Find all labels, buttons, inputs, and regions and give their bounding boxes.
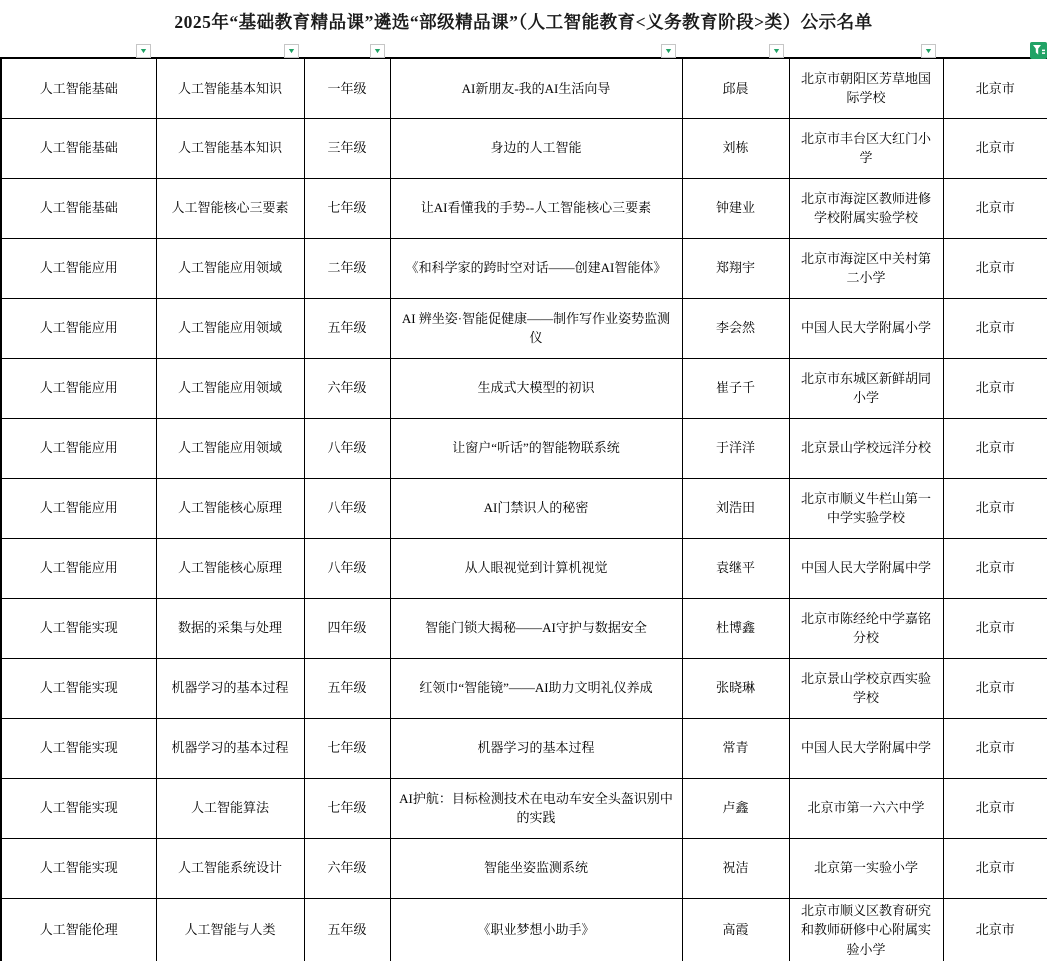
cell-topic[interactable]: 人工智能与人类 — [156, 898, 304, 961]
cell-teacher-name[interactable]: 崔子千 — [682, 358, 789, 418]
filter-dropdown-school[interactable]: ▼ — [921, 44, 936, 58]
cell-category[interactable]: 人工智能实现 — [1, 718, 156, 778]
filter-funnel-icon — [1033, 45, 1045, 56]
cell-city[interactable]: 北京市 — [943, 58, 1047, 118]
cell-grade[interactable]: 五年级 — [304, 298, 390, 358]
cell-city[interactable]: 北京市 — [943, 538, 1047, 598]
cell-course-title[interactable]: 生成式大模型的初识 — [390, 358, 682, 418]
cell-topic[interactable]: 人工智能应用领域 — [156, 238, 304, 298]
table-row: 人工智能应用 人工智能应用领域 五年级 AI 辨坐姿·智能促健康——制作写作业姿… — [1, 298, 1047, 358]
cell-category[interactable]: 人工智能伦理 — [1, 898, 156, 961]
cell-city[interactable]: 北京市 — [943, 118, 1047, 178]
cell-city[interactable]: 北京市 — [943, 238, 1047, 298]
table-row: 人工智能实现 人工智能算法 七年级 AI护航：目标检测技术在电动车安全头盔识别中… — [1, 778, 1047, 838]
chevron-down-icon: ▼ — [664, 48, 673, 55]
cell-school-name[interactable]: 北京市海淀区中关村第二小学 — [789, 238, 943, 298]
cell-city[interactable]: 北京市 — [943, 178, 1047, 238]
filter-dropdown-topic[interactable]: ▼ — [284, 44, 299, 58]
cell-grade[interactable]: 二年级 — [304, 238, 390, 298]
cell-course-title[interactable]: 《职业梦想小助手》 — [390, 898, 682, 961]
table-row: 人工智能实现 机器学习的基本过程 五年级 红领巾“智能镜”——AI助力文明礼仪养… — [1, 658, 1047, 718]
cell-category[interactable]: 人工智能应用 — [1, 418, 156, 478]
cell-category[interactable]: 人工智能实现 — [1, 598, 156, 658]
cell-teacher-name[interactable]: 高霞 — [682, 898, 789, 961]
table-row: 人工智能基础 人工智能核心三要素 七年级 让AI看懂我的手势--人工智能核心三要… — [1, 178, 1047, 238]
cell-topic[interactable]: 人工智能系统设计 — [156, 838, 304, 898]
cell-city[interactable]: 北京市 — [943, 838, 1047, 898]
cell-grade[interactable]: 五年级 — [304, 658, 390, 718]
cell-grade[interactable]: 六年级 — [304, 358, 390, 418]
cell-teacher-name[interactable]: 郑翔宇 — [682, 238, 789, 298]
cell-school-name[interactable]: 北京市第一六六中学 — [789, 778, 943, 838]
cell-topic[interactable]: 人工智能基本知识 — [156, 58, 304, 118]
filter-dropdown-course[interactable]: ▼ — [661, 44, 676, 58]
table-row: 人工智能实现 数据的采集与处理 四年级 智能门锁大揭秘——AI守护与数据安全 杜… — [1, 598, 1047, 658]
spreadsheet: 2025年“基础教育精品课”遴选“部级精品课”（人工智能教育<义务教育阶段>类）… — [0, 0, 1047, 961]
table-row: 人工智能基础 人工智能基本知识 一年级 AI新朋友-我的AI生活向导 邱晨 北京… — [1, 58, 1047, 118]
cell-city[interactable]: 北京市 — [943, 898, 1047, 961]
cell-grade[interactable]: 三年级 — [304, 118, 390, 178]
cell-course-title[interactable]: AI 辨坐姿·智能促健康——制作写作业姿势监测仪 — [390, 298, 682, 358]
cell-grade[interactable]: 八年级 — [304, 538, 390, 598]
cell-course-title[interactable]: 让AI看懂我的手势--人工智能核心三要素 — [390, 178, 682, 238]
cell-grade[interactable]: 一年级 — [304, 58, 390, 118]
table-row: 人工智能应用 人工智能应用领域 六年级 生成式大模型的初识 崔子千 北京市东城区… — [1, 358, 1047, 418]
cell-grade[interactable]: 六年级 — [304, 838, 390, 898]
cell-course-title[interactable]: 机器学习的基本过程 — [390, 718, 682, 778]
filter-dropdown-category[interactable]: ▼ — [136, 44, 151, 58]
cell-category[interactable]: 人工智能实现 — [1, 838, 156, 898]
cell-city[interactable]: 北京市 — [943, 718, 1047, 778]
cell-school-name[interactable]: 北京市东城区新鲜胡同小学 — [789, 358, 943, 418]
cell-topic[interactable]: 人工智能应用领域 — [156, 418, 304, 478]
cell-teacher-name[interactable]: 于洋洋 — [682, 418, 789, 478]
cell-city[interactable]: 北京市 — [943, 778, 1047, 838]
cell-topic[interactable]: 人工智能基本知识 — [156, 118, 304, 178]
cell-school-name[interactable]: 北京市丰台区大红门小学 — [789, 118, 943, 178]
cell-teacher-name[interactable]: 李会然 — [682, 298, 789, 358]
cell-teacher-name[interactable]: 邱晨 — [682, 58, 789, 118]
cell-category[interactable]: 人工智能应用 — [1, 478, 156, 538]
cell-category[interactable]: 人工智能实现 — [1, 658, 156, 718]
cell-category[interactable]: 人工智能实现 — [1, 778, 156, 838]
cell-city[interactable]: 北京市 — [943, 658, 1047, 718]
table-row: 人工智能伦理 人工智能与人类 五年级 《职业梦想小助手》 高霞 北京市顺义区教育… — [1, 898, 1047, 961]
filter-dropdown-grade[interactable]: ▼ — [370, 44, 385, 58]
cell-topic[interactable]: 人工智能核心原理 — [156, 478, 304, 538]
cell-course-title[interactable]: AI新朋友-我的AI生活向导 — [390, 58, 682, 118]
cell-category[interactable]: 人工智能基础 — [1, 178, 156, 238]
table-row: 人工智能应用 人工智能核心原理 八年级 AI门禁识人的秘密 刘浩田 北京市顺义牛… — [1, 478, 1047, 538]
cell-teacher-name[interactable]: 袁继平 — [682, 538, 789, 598]
cell-teacher-name[interactable]: 刘栋 — [682, 118, 789, 178]
cell-grade[interactable]: 七年级 — [304, 178, 390, 238]
cell-school-name[interactable]: 北京第一实验小学 — [789, 838, 943, 898]
table-row: 人工智能实现 人工智能系统设计 六年级 智能坐姿监测系统 祝洁 北京第一实验小学… — [1, 838, 1047, 898]
cell-course-title[interactable]: 从人眼视觉到计算机视觉 — [390, 538, 682, 598]
courses-table: 人工智能基础 人工智能基本知识 一年级 AI新朋友-我的AI生活向导 邱晨 北京… — [0, 57, 1047, 961]
cell-course-title[interactable]: 智能门锁大揭秘——AI守护与数据安全 — [390, 598, 682, 658]
cell-city[interactable]: 北京市 — [943, 478, 1047, 538]
cell-teacher-name[interactable]: 祝洁 — [682, 838, 789, 898]
cell-course-title[interactable]: 身边的人工智能 — [390, 118, 682, 178]
cell-category[interactable]: 人工智能基础 — [1, 118, 156, 178]
table-row: 人工智能基础 人工智能基本知识 三年级 身边的人工智能 刘栋 北京市丰台区大红门… — [1, 118, 1047, 178]
filter-dropdown-teacher[interactable]: ▼ — [769, 44, 784, 58]
cell-category[interactable]: 人工智能应用 — [1, 358, 156, 418]
table-row: 人工智能应用 人工智能应用领域 二年级 《和科学家的跨时空对话——创建AI智能体… — [1, 238, 1047, 298]
cell-course-title[interactable]: 红领巾“智能镜”——AI助力文明礼仪养成 — [390, 658, 682, 718]
cell-topic[interactable]: 机器学习的基本过程 — [156, 658, 304, 718]
cell-school-name[interactable]: 中国人民大学附属中学 — [789, 538, 943, 598]
cell-topic[interactable]: 人工智能核心三要素 — [156, 178, 304, 238]
cell-city[interactable]: 北京市 — [943, 418, 1047, 478]
sheet-title: 2025年“基础教育精品课”遴选“部级精品课”（人工智能教育<义务教育阶段>类）… — [174, 9, 872, 34]
chevron-down-icon: ▼ — [287, 48, 296, 55]
cell-course-title[interactable]: AI门禁识人的秘密 — [390, 478, 682, 538]
cell-city[interactable]: 北京市 — [943, 598, 1047, 658]
cell-school-name[interactable]: 北京市顺义区教育研究和教师研修中心附属实验小学 — [789, 898, 943, 961]
cell-category[interactable]: 人工智能应用 — [1, 298, 156, 358]
cell-topic[interactable]: 数据的采集与处理 — [156, 598, 304, 658]
cell-grade[interactable]: 八年级 — [304, 418, 390, 478]
cell-course-title[interactable]: AI护航：目标检测技术在电动车安全头盔识别中的实践 — [390, 778, 682, 838]
cell-teacher-name[interactable]: 钟建业 — [682, 178, 789, 238]
cell-school-name[interactable]: 北京市朝阳区芳草地国际学校 — [789, 58, 943, 118]
table-row: 人工智能应用 人工智能应用领域 八年级 让窗户“听话”的智能物联系统 于洋洋 北… — [1, 418, 1047, 478]
cell-teacher-name[interactable]: 杜博鑫 — [682, 598, 789, 658]
cell-teacher-name[interactable]: 卢鑫 — [682, 778, 789, 838]
chevron-down-icon: ▼ — [373, 48, 382, 55]
cell-school-name[interactable]: 中国人民大学附属小学 — [789, 298, 943, 358]
cell-category[interactable]: 人工智能应用 — [1, 538, 156, 598]
filter-active-button[interactable] — [1030, 42, 1047, 59]
cell-topic[interactable]: 机器学习的基本过程 — [156, 718, 304, 778]
title-row: 2025年“基础教育精品课”遴选“部级精品课”（人工智能教育<义务教育阶段>类）… — [0, 0, 1047, 57]
cell-teacher-name[interactable]: 张晓琳 — [682, 658, 789, 718]
chevron-down-icon: ▼ — [772, 48, 781, 55]
cell-school-name[interactable]: 中国人民大学附属中学 — [789, 718, 943, 778]
cell-grade[interactable]: 七年级 — [304, 718, 390, 778]
cell-city[interactable]: 北京市 — [943, 298, 1047, 358]
cell-topic[interactable]: 人工智能算法 — [156, 778, 304, 838]
cell-course-title[interactable]: 智能坐姿监测系统 — [390, 838, 682, 898]
chevron-down-icon: ▼ — [139, 48, 148, 55]
cell-teacher-name[interactable]: 常青 — [682, 718, 789, 778]
cell-course-title[interactable]: 《和科学家的跨时空对话——创建AI智能体》 — [390, 238, 682, 298]
cell-school-name[interactable]: 北京景山学校京西实验学校 — [789, 658, 943, 718]
cell-grade[interactable]: 七年级 — [304, 778, 390, 838]
cell-school-name[interactable]: 北京市顺义牛栏山第一中学实验学校 — [789, 478, 943, 538]
cell-topic[interactable]: 人工智能核心原理 — [156, 538, 304, 598]
cell-course-title[interactable]: 让窗户“听话”的智能物联系统 — [390, 418, 682, 478]
cell-school-name[interactable]: 北京市海淀区教师进修学校附属实验学校 — [789, 178, 943, 238]
table-row: 人工智能实现 机器学习的基本过程 七年级 机器学习的基本过程 常青 中国人民大学… — [1, 718, 1047, 778]
cell-topic[interactable]: 人工智能应用领域 — [156, 298, 304, 358]
cell-grade[interactable]: 五年级 — [304, 898, 390, 961]
table-row: 人工智能应用 人工智能核心原理 八年级 从人眼视觉到计算机视觉 袁继平 中国人民… — [1, 538, 1047, 598]
cell-topic[interactable]: 人工智能应用领域 — [156, 358, 304, 418]
cell-school-name[interactable]: 北京景山学校远洋分校 — [789, 418, 943, 478]
cell-grade[interactable]: 四年级 — [304, 598, 390, 658]
cell-teacher-name[interactable]: 刘浩田 — [682, 478, 789, 538]
chevron-down-icon: ▼ — [924, 48, 933, 55]
cell-school-name[interactable]: 北京市陈经纶中学嘉铭分校 — [789, 598, 943, 658]
cell-grade[interactable]: 八年级 — [304, 478, 390, 538]
cell-city[interactable]: 北京市 — [943, 358, 1047, 418]
cell-category[interactable]: 人工智能基础 — [1, 58, 156, 118]
cell-category[interactable]: 人工智能应用 — [1, 238, 156, 298]
